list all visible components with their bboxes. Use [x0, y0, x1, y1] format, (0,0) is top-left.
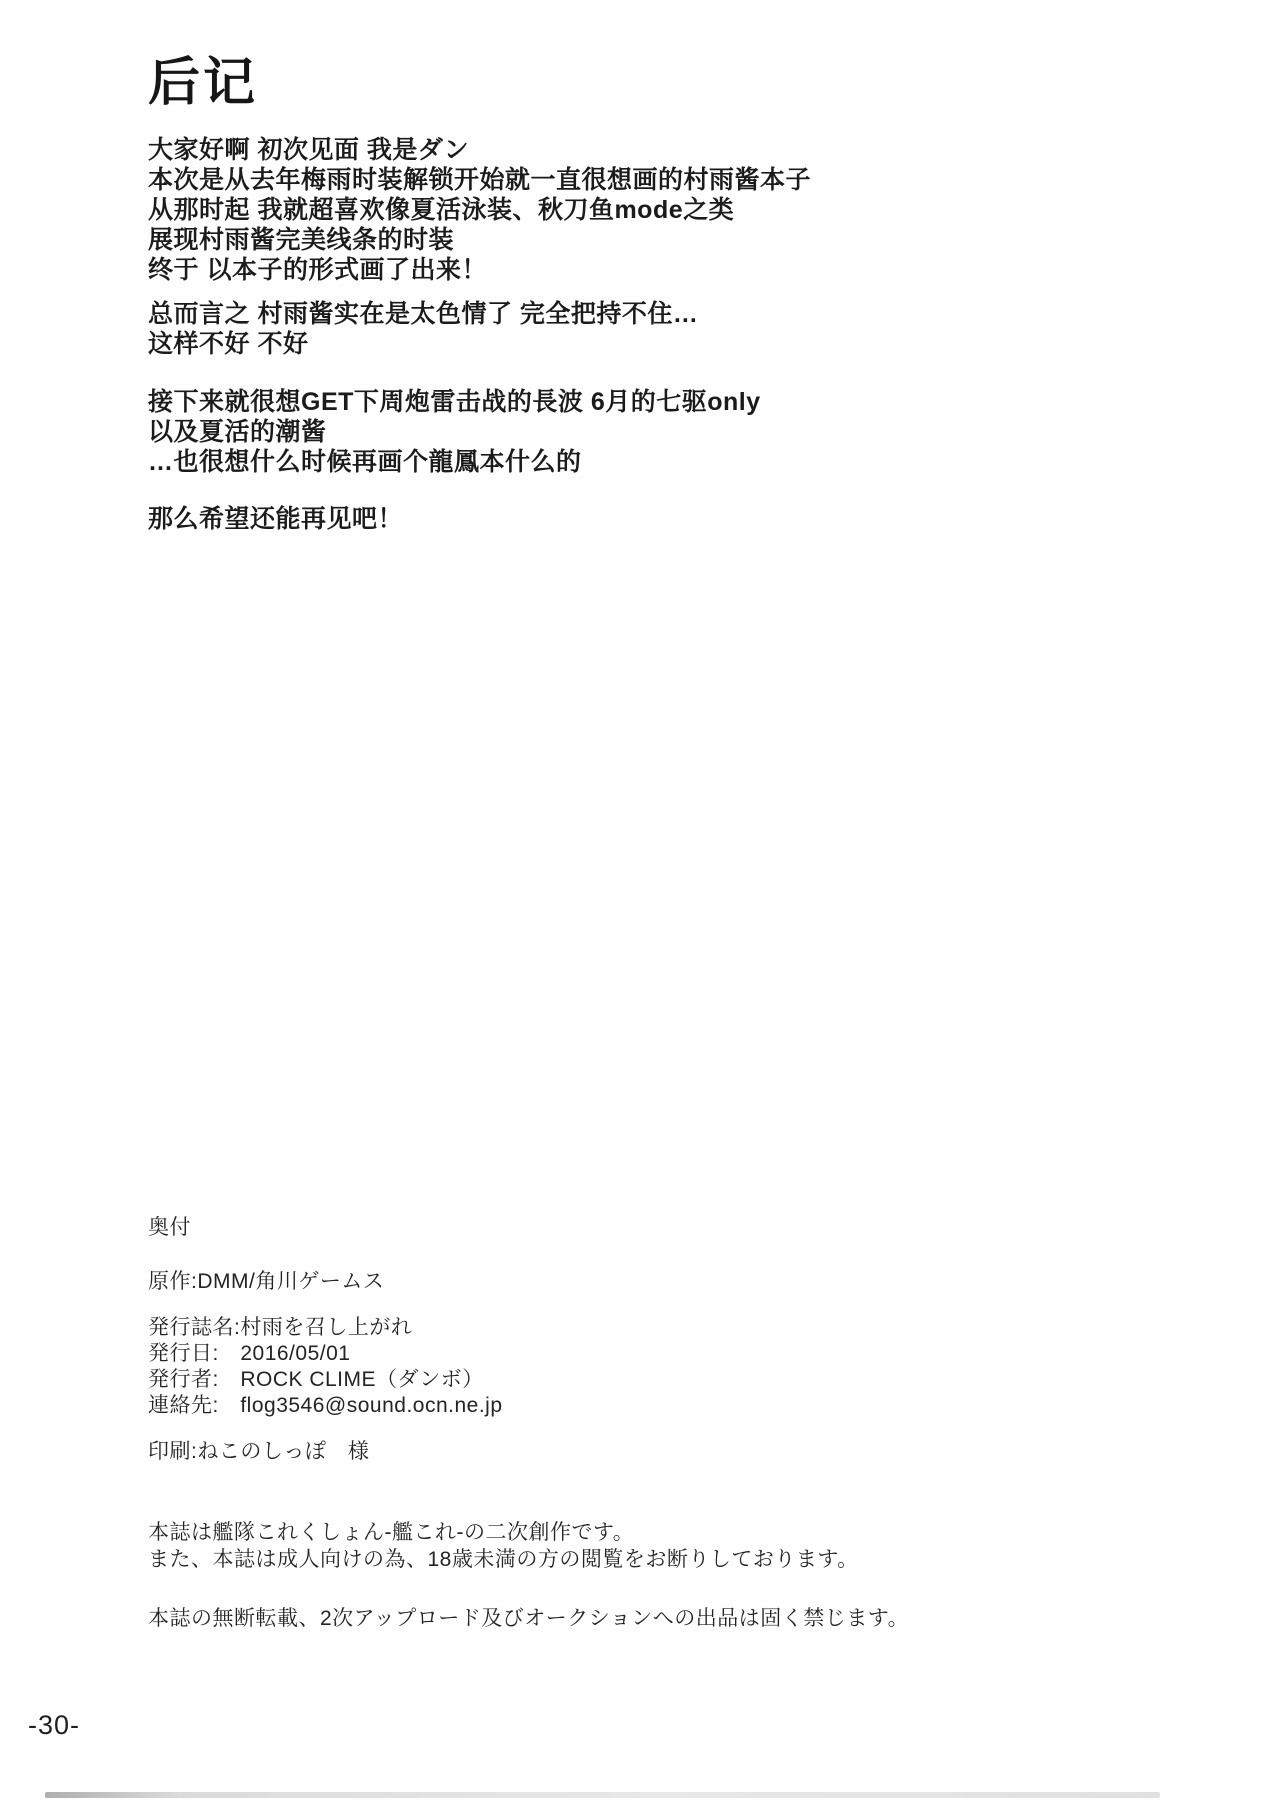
afterword-line: 这样不好 不好 [148, 329, 1198, 359]
afterword-line: 以及夏活的潮酱 [148, 417, 1198, 447]
afterword-line: 从那时起 我就超喜欢像夏活泳装、秋刀鱼mode之类 [148, 195, 1198, 225]
colophon-entry-contact: 連絡先: flog3546@sound.ocn.ne.jp [148, 1393, 1198, 1419]
afterword-line: 总而言之 村雨酱实在是太色情了 完全把持不住… [148, 299, 1198, 329]
doujinshi-afterword-page: 后记 大家好啊 初次见面 我是ダン 本次是从去年梅雨时装解锁开始就一直很想画的村… [0, 0, 1280, 1800]
afterword-body: 大家好啊 初次见面 我是ダン 本次是从去年梅雨时装解锁开始就一直很想画的村雨酱本… [148, 135, 1198, 534]
page-number: -30- [28, 1710, 80, 1741]
afterword-title: 后记 [148, 52, 258, 114]
colophon-entry-date: 発行日: 2016/05/01 [148, 1341, 1198, 1367]
colophon-entries: 発行誌名:村雨を召し上がれ 発行日: 2016/05/01 発行者: ROCK … [148, 1315, 1198, 1419]
afterword-line: 接下来就很想GET下周炮雷击战的長波 6月的七驱only [148, 387, 1198, 417]
colophon-notice-derivative: 本誌は艦隊これくしょん-艦これ-の二次創作です。 [148, 1519, 1198, 1546]
colophon-heading: 奥付 [148, 1215, 1198, 1241]
afterword-line: 本次是从去年梅雨时装解锁开始就一直很想画的村雨酱本子 [148, 165, 1198, 195]
afterword-line: 终于 以本子的形式画了出来！ [148, 255, 1198, 285]
colophon-original-work: 原作:DMM/角川ゲームス [148, 1269, 1198, 1295]
scan-edge-artifact [45, 1792, 1160, 1798]
colophon-prohibition: 本誌の無断転載、2次アップロード及びオークションへの出品は固く禁じます。 [148, 1606, 1198, 1632]
afterword-paragraph: 接下来就很想GET下周炮雷击战的長波 6月的七驱only 以及夏活的潮酱 …也很… [148, 387, 1198, 477]
afterword-paragraph: 总而言之 村雨酱实在是太色情了 完全把持不住… 这样不好 不好 [148, 299, 1198, 359]
colophon-entry-publication: 発行誌名:村雨を召し上がれ [148, 1315, 1198, 1341]
afterword-closing: 那么希望还能再见吧！ [148, 504, 1198, 534]
colophon-notices: 本誌は艦隊これくしょん-艦これ-の二次創作です。 また、本誌は成人向けの為、18… [148, 1519, 1198, 1573]
afterword-line: 大家好啊 初次见面 我是ダン [148, 135, 1198, 165]
afterword-line: …也很想什么时候再画个龍鳳本什么的 [148, 447, 1198, 477]
afterword-line: 那么希望还能再见吧！ [148, 504, 1198, 534]
afterword-paragraph: 大家好啊 初次见面 我是ダン 本次是从去年梅雨时装解锁开始就一直很想画的村雨酱本… [148, 135, 1198, 285]
colophon-entry-publisher: 発行者: ROCK CLIME（ダンボ） [148, 1367, 1198, 1393]
afterword-line: 展现村雨酱完美线条的时装 [148, 225, 1198, 255]
colophon: 奥付 原作:DMM/角川ゲームス 発行誌名:村雨を召し上がれ 発行日: 2016… [148, 1215, 1198, 1632]
colophon-notice-adult: また、本誌は成人向けの為、18歳未満の方の閲覧をお断りしております。 [148, 1546, 1198, 1573]
colophon-printer: 印刷:ねこのしっぽ 様 [148, 1439, 1198, 1465]
